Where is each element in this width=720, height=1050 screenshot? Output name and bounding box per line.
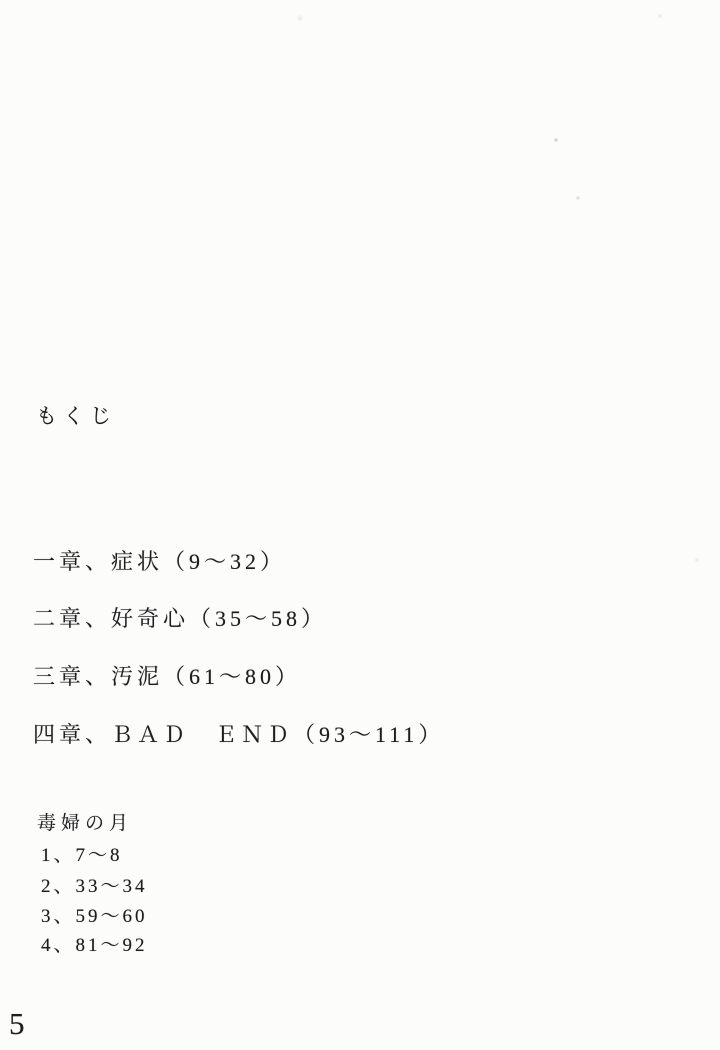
toc-chapter-entry-4: 四章、ＢＡＤ ＥＮＤ（93～111） [33,724,444,746]
toc-chapter-entry-1: 一章、症状（9～32） [33,551,286,573]
appendix-item-3: 3、59～60 [41,907,148,926]
toc-chapter-entry-2: 二章、好奇心（35～58） [33,608,327,630]
appendix-item-2: 2、33～34 [41,877,148,896]
scanned-toc-page: もくじ 一章、症状（9～32） 二章、好奇心（35～58） 三章、汚泥（61～8… [0,0,720,1050]
toc-title: もくじ [36,406,117,427]
appendix-item-4: 4、81～92 [41,936,148,955]
page-number: 5 [9,1008,25,1039]
toc-chapter-entry-3: 三章、汚泥（61～80） [33,666,301,688]
appendix-item-1: 1、7～8 [41,846,123,865]
appendix-section-title: 毒婦の月 [37,814,133,833]
